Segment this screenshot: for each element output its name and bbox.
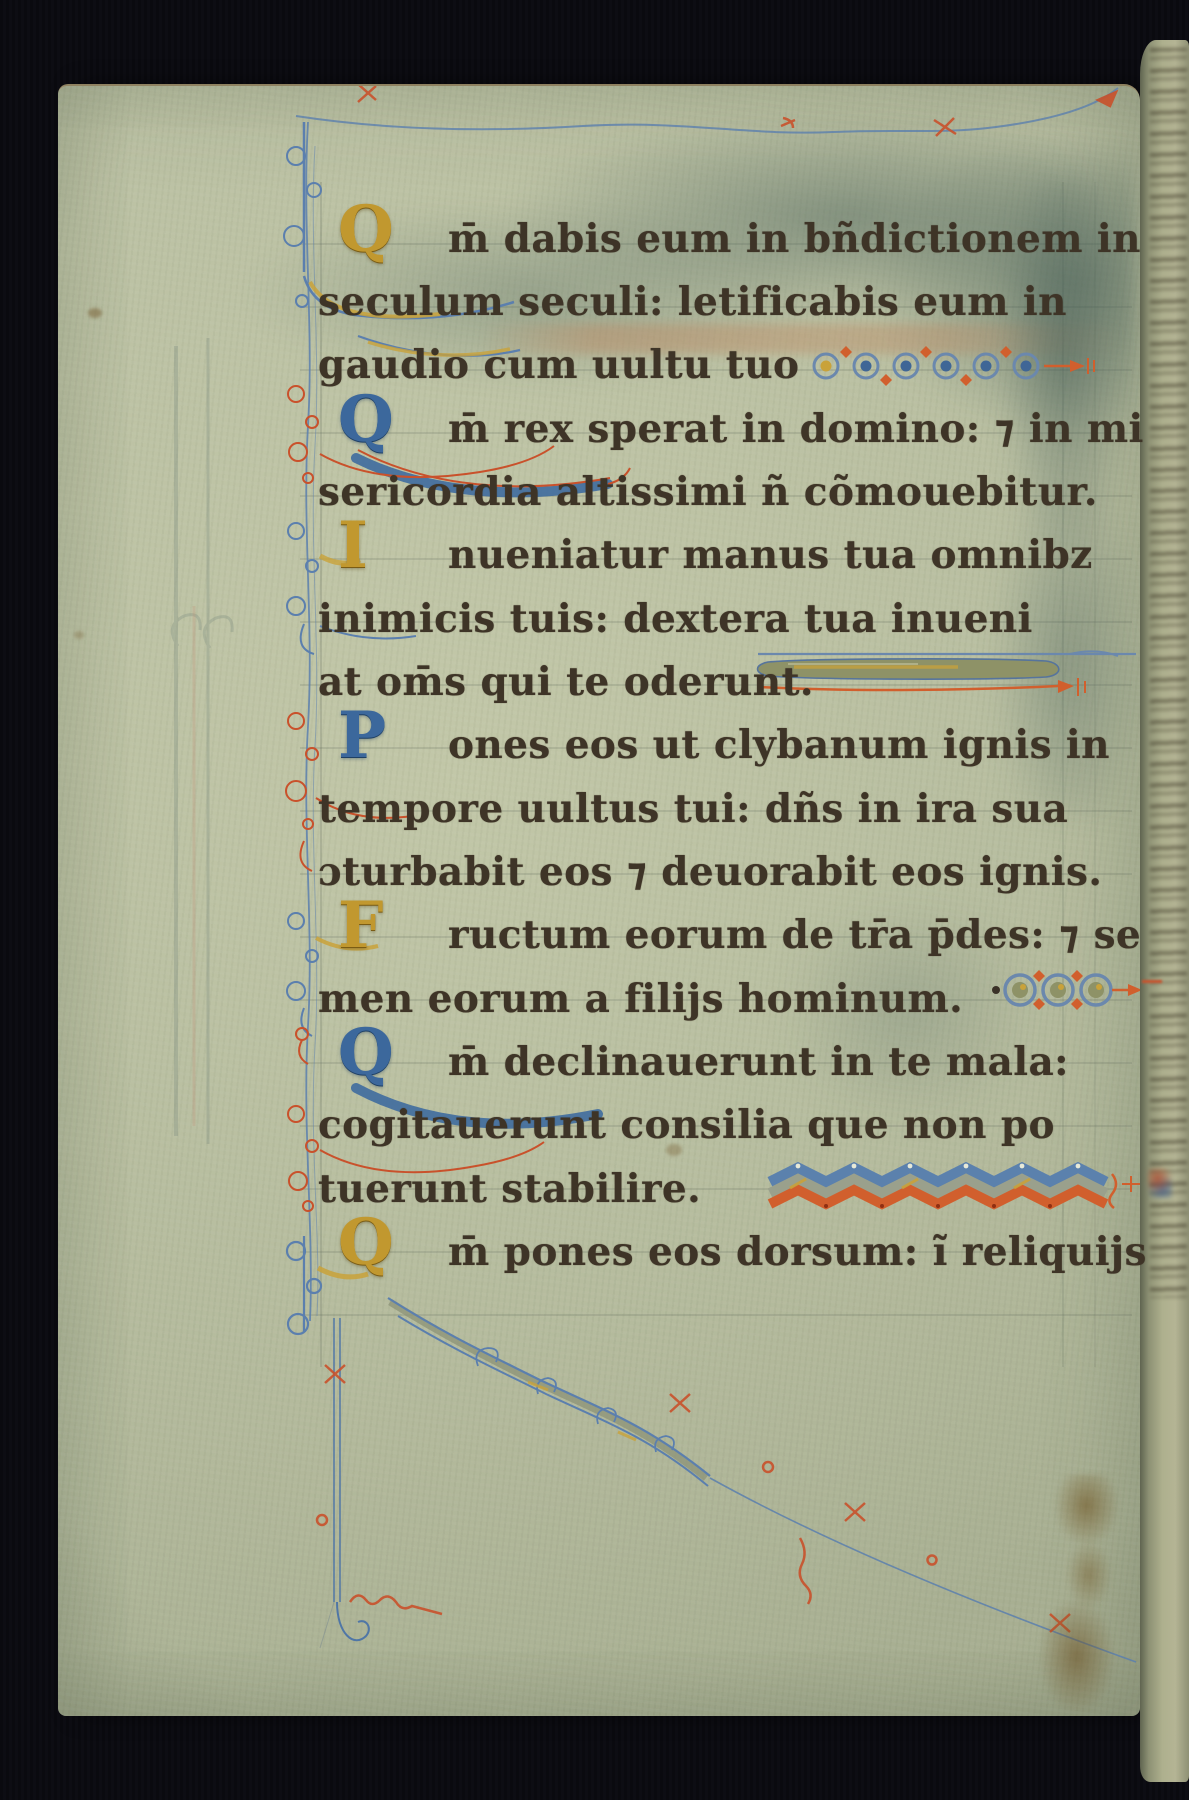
manuscript-page: Qm̄ dabis eum in bñdictionem in seculum … xyxy=(58,84,1140,1716)
bottom-tail-flourish xyxy=(388,1298,1136,1662)
line-text: seculum seculi: letificabis eum in xyxy=(318,272,1140,332)
small-stain-spot xyxy=(88,308,102,318)
text-line: at om̄s qui te oderunt. xyxy=(308,652,1140,714)
line-text: ructum eorum de tr̄a p̄des: ⁊ se xyxy=(448,905,1140,965)
line-text: at om̄s qui te oderunt. xyxy=(318,652,1140,712)
line-text: cogitauerunt consilia que non po xyxy=(318,1095,1140,1155)
text-line: sericordia altissimi ñ cõmouebitur. xyxy=(308,462,1140,524)
line-text: sericordia altissimi ñ cõmouebitur. xyxy=(318,462,1140,522)
text-line: inimicis tuis: dextera tua inueni xyxy=(308,589,1140,651)
book-fore-edge xyxy=(1140,40,1189,1782)
red-mark-on-edge xyxy=(1142,980,1162,983)
drop-cap: F xyxy=(338,893,383,959)
blurred-initial-on-edge xyxy=(1148,1168,1172,1198)
red-curl xyxy=(296,1028,308,1064)
blue-wavy-line-top xyxy=(296,88,1118,133)
small-stain-spot xyxy=(74,631,84,639)
text-line: cogitauerunt consilia que non po xyxy=(308,1095,1140,1157)
text-line: seculum seculi: letificabis eum in xyxy=(308,272,1140,334)
red-cross-marks-top xyxy=(358,86,1116,136)
text-line: Fructum eorum de tr̄a p̄des: ⁊ se xyxy=(308,905,1140,967)
line-text: inimicis tuis: dextera tua inueni xyxy=(318,589,1140,649)
line-text: tempore uultus tui: dñs in ira sua xyxy=(318,779,1140,839)
text-line: tempore uultus tui: dñs in ira sua xyxy=(308,779,1140,841)
red-margin-marks-bottom xyxy=(317,1365,1070,1632)
photograph-of-manuscript: { "document": { "kind": "illuminated man… xyxy=(0,0,1189,1800)
text-line: Pones eos ut clybanum ignis in xyxy=(308,715,1140,777)
line-text: m̄ pones eos dorsum: ĩ reliquijs xyxy=(448,1222,1140,1282)
line-text: men eorum a filijs hominum. xyxy=(318,969,1140,1029)
drop-cap: Q xyxy=(338,387,394,453)
text-line: Qm̄ declinauerunt in te mala: xyxy=(308,1032,1140,1094)
line-text: gaudio cum uultu tuo xyxy=(318,335,1140,395)
text-line: Qm̄ dabis eum in bñdictionem in xyxy=(308,209,1140,271)
line-text: ones eos ut clybanum ignis in xyxy=(448,715,1140,775)
text-line: Inueniatur manus tua omnibz xyxy=(308,525,1140,587)
text-line: gaudio cum uultu tuo xyxy=(308,335,1140,397)
line-text: m̄ dabis eum in bñdictionem in xyxy=(448,209,1140,269)
text-line: ɔturbabit eos ⁊ deuorabit eos ignis. xyxy=(308,842,1140,904)
text-line: men eorum a filijs hominum. xyxy=(308,969,1140,1031)
brown-stain-bottom-right xyxy=(1026,1474,1134,1714)
drop-cap: I xyxy=(338,513,368,579)
line-text: tuerunt stabilire. xyxy=(318,1159,1140,1219)
ghost-offset-border xyxy=(172,338,232,1144)
drop-cap: Q xyxy=(338,197,394,263)
line-text: m̄ declinauerunt in te mala: xyxy=(448,1032,1140,1092)
line-text: m̄ rex sperat in domino: ⁊ in mi xyxy=(448,399,1140,459)
text-line: Qm̄ rex sperat in domino: ⁊ in mi xyxy=(308,399,1140,461)
line-text: ɔturbabit eos ⁊ deuorabit eos ignis. xyxy=(318,842,1140,902)
text-line: tuerunt stabilire. xyxy=(308,1159,1140,1221)
text-line: Qm̄ pones eos dorsum: ĩ reliquijs xyxy=(308,1222,1140,1284)
border-bottom-line xyxy=(320,1318,369,1648)
drop-cap: P xyxy=(338,703,386,769)
blurred-next-page-text xyxy=(1150,48,1187,1298)
drop-cap: Q xyxy=(338,1020,394,1086)
drop-cap: Q xyxy=(338,1210,394,1276)
line-text: nueniatur manus tua omnibz xyxy=(448,525,1140,585)
